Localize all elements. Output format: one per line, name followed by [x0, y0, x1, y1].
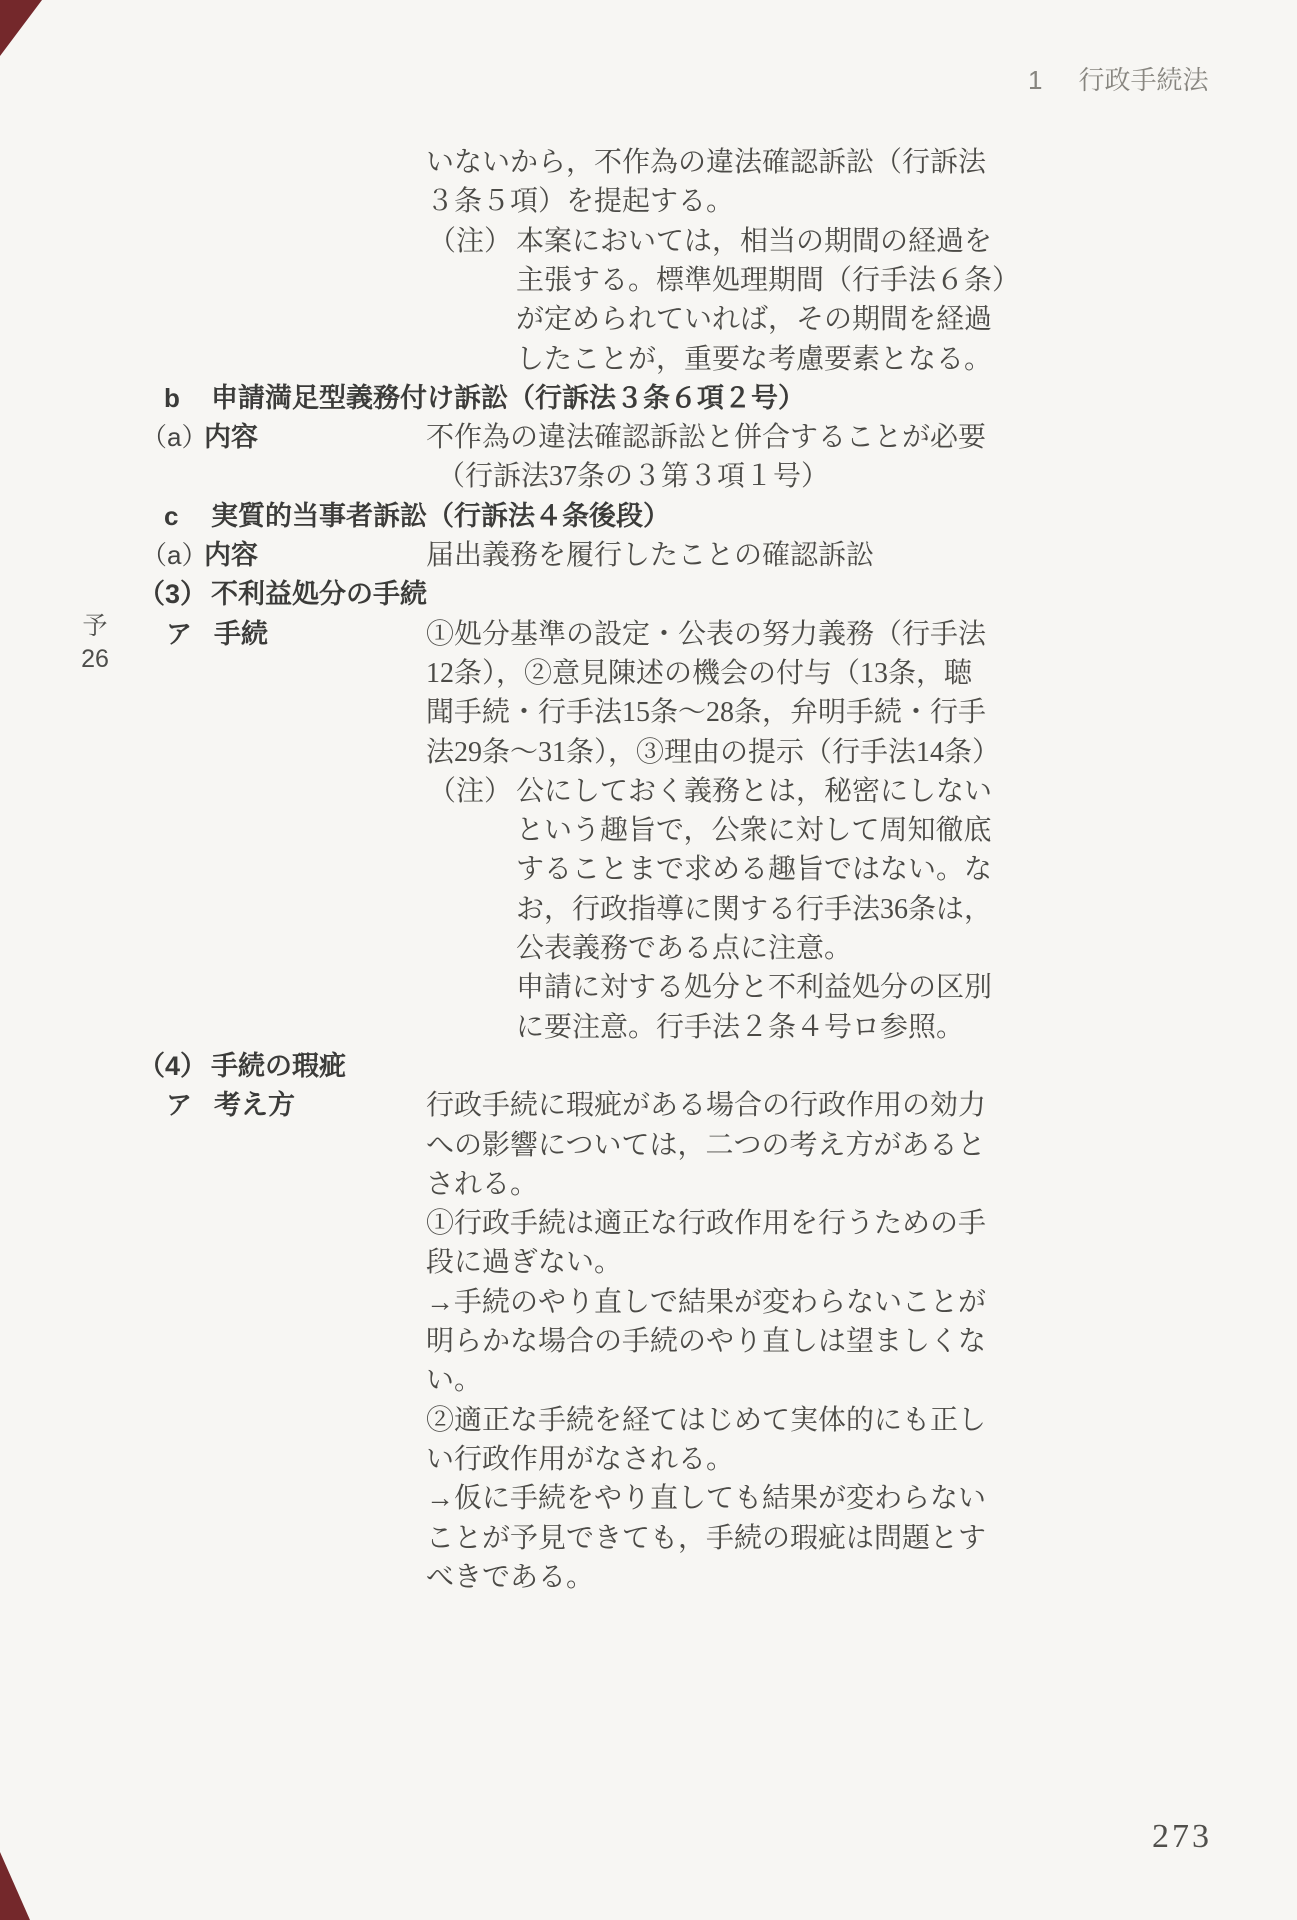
line-text: という趣旨で，公衆に対して周知徹底: [516, 811, 991, 850]
line-text: 本案においては，相当の期間の経過を: [516, 222, 992, 261]
line-text: お，行政指導に関する行手法36条は，: [516, 890, 992, 929]
text-line: （a）内容不作為の違法確認訴訟と併合することが必要: [0, 418, 1297, 457]
text-line: 聞手続・行手法15条～28条，弁明手続・行手: [0, 693, 1297, 732]
text-line: ア考え方行政手続に瑕疵がある場合の行政作用の効力: [0, 1086, 1297, 1125]
line-text: 申請満足型義務付け訴訟（行訴法３条６項２号）: [211, 379, 805, 418]
text-line: 法29条～31条），③理由の提示（行手法14条）: [0, 733, 1297, 772]
line-text: することまで求める趣旨ではない。な: [516, 850, 992, 889]
text-line: （4）手続の瑕疵: [0, 1047, 1297, 1086]
text-line: したことが，重要な考慮要素となる。: [0, 340, 1297, 379]
text-line: い行政作用がなされる。: [0, 1440, 1297, 1479]
line-label: c: [164, 497, 178, 536]
text-line: （注）本案においては，相当の期間の経過を: [0, 222, 1297, 261]
line-title: 内容: [204, 418, 258, 457]
line-label: （4）: [138, 1047, 207, 1086]
text-line: 明らかな場合の手続のやり直しは望ましくな: [0, 1322, 1297, 1361]
line-label: （a）: [141, 418, 207, 457]
text-line: c実質的当事者訴訟（行訴法４条後段）: [0, 497, 1297, 536]
text-line: という趣旨で，公衆に対して周知徹底: [0, 811, 1297, 850]
body-text: いないから，不作為の違法確認訴訟（行訴法３条５項）を提起する。（注）本案において…: [0, 0, 1297, 1920]
page-number: 273: [1152, 1818, 1212, 1856]
line-text: 手続の瑕疵: [211, 1047, 346, 1086]
text-line: （a）内容届出義務を履行したことの確認訴訟: [0, 536, 1297, 575]
line-text: 主張する。標準処理期間（行手法６条）: [516, 261, 1020, 300]
text-line: い。: [0, 1361, 1297, 1400]
text-line: への影響については，二つの考え方があると: [0, 1126, 1297, 1165]
text-line: が定められていれば，その期間を経過: [0, 300, 1297, 339]
text-line: ①行政手続は適正な行政作用を行うための手: [0, 1204, 1297, 1243]
line-text: 明らかな場合の手続のやり直しは望ましくな: [426, 1322, 986, 1361]
line-text: 法29条～31条），③理由の提示（行手法14条）: [426, 733, 1000, 772]
line-text: 届出義務を履行したことの確認訴訟: [426, 536, 874, 575]
text-line: ３条５項）を提起する。: [0, 182, 1297, 221]
line-text: 不作為の違法確認訴訟と併合することが必要: [426, 418, 986, 457]
text-line: される。: [0, 1165, 1297, 1204]
text-line: b申請満足型義務付け訴訟（行訴法３条６項２号）: [0, 379, 1297, 418]
text-line: 段に過ぎない。: [0, 1243, 1297, 1282]
line-text: 12条），②意見陳述の機会の付与（13条，聴: [426, 654, 972, 693]
text-line: →手続のやり直しで結果が変わらないことが: [0, 1283, 1297, 1322]
text-line: （注）公にしておく義務とは，秘密にしない: [0, 772, 1297, 811]
line-text: される。: [426, 1165, 538, 1204]
text-line: べきである。: [0, 1558, 1297, 1597]
line-text: 実質的当事者訴訟（行訴法４条後段）: [211, 497, 670, 536]
line-text: い行政作用がなされる。: [426, 1440, 734, 1479]
text-line: ア手続①処分基準の設定・公表の努力義務（行手法: [0, 615, 1297, 654]
line-label: （3）: [138, 575, 207, 614]
text-line: ②適正な手続を経てはじめて実体的にも正し: [0, 1401, 1297, 1440]
line-label: （注）: [428, 772, 512, 811]
line-text: 聞手続・行手法15条～28条，弁明手続・行手: [426, 693, 986, 732]
line-title: 手続: [214, 615, 268, 654]
line-title: 内容: [204, 536, 258, 575]
line-text: 申請に対する処分と不利益処分の区別: [516, 968, 992, 1007]
line-label: （注）: [428, 222, 512, 261]
line-text: ①行政手続は適正な行政作用を行うための手: [426, 1204, 986, 1243]
text-line: ことが予見できても，手続の瑕疵は問題とす: [0, 1519, 1297, 1558]
text-line: 12条），②意見陳述の機会の付与（13条，聴: [0, 654, 1297, 693]
line-label: b: [164, 379, 180, 418]
line-label: ア: [166, 1086, 192, 1125]
line-text: への影響については，二つの考え方があると: [426, 1126, 985, 1165]
line-text: 行政手続に瑕疵がある場合の行政作用の効力: [426, 1086, 986, 1125]
text-line: お，行政指導に関する行手法36条は，: [0, 890, 1297, 929]
line-text: （行訴法37条の３第３項１号）: [437, 457, 829, 496]
text-line: に要注意。行手法２条４号ロ参照。: [0, 1008, 1297, 1047]
line-text: 公表義務である点に注意。: [516, 929, 852, 968]
line-title: 考え方: [214, 1086, 295, 1125]
line-text: ①処分基準の設定・公表の努力義務（行手法: [426, 615, 986, 654]
line-text: い。: [426, 1361, 482, 1400]
line-text: ことが予見できても，手続の瑕疵は問題とす: [426, 1519, 986, 1558]
line-text: したことが，重要な考慮要素となる。: [516, 340, 992, 379]
text-line: することまで求める趣旨ではない。な: [0, 850, 1297, 889]
textbook-page: 1行政手続法 予 26 いないから，不作為の違法確認訴訟（行訴法３条５項）を提起…: [0, 0, 1297, 1920]
line-text: いないから，不作為の違法確認訴訟（行訴法: [426, 143, 986, 182]
text-line: 主張する。標準処理期間（行手法６条）: [0, 261, 1297, 300]
line-text: 不利益処分の手続: [211, 575, 427, 614]
text-line: →仮に手続をやり直しても結果が変わらない: [0, 1479, 1297, 1518]
line-text: ３条５項）を提起する。: [426, 182, 734, 221]
line-text: 段に過ぎない。: [426, 1243, 622, 1282]
text-line: （行訴法37条の３第３項１号）: [0, 457, 1297, 496]
line-text: ②適正な手続を経てはじめて実体的にも正し: [426, 1401, 986, 1440]
line-label: ア: [166, 615, 192, 654]
line-text: →手続のやり直しで結果が変わらないことが: [426, 1283, 986, 1322]
line-text: べきである。: [426, 1558, 594, 1597]
line-text: に要注意。行手法２条４号ロ参照。: [516, 1008, 964, 1047]
line-text: 公にしておく義務とは，秘密にしない: [516, 772, 992, 811]
text-line: いないから，不作為の違法確認訴訟（行訴法: [0, 143, 1297, 182]
text-line: （3）不利益処分の手続: [0, 575, 1297, 614]
line-text: →仮に手続をやり直しても結果が変わらない: [426, 1479, 986, 1518]
line-label: （a）: [141, 536, 207, 575]
text-line: 申請に対する処分と不利益処分の区別: [0, 968, 1297, 1007]
text-line: 公表義務である点に注意。: [0, 929, 1297, 968]
line-text: が定められていれば，その期間を経過: [516, 300, 992, 339]
